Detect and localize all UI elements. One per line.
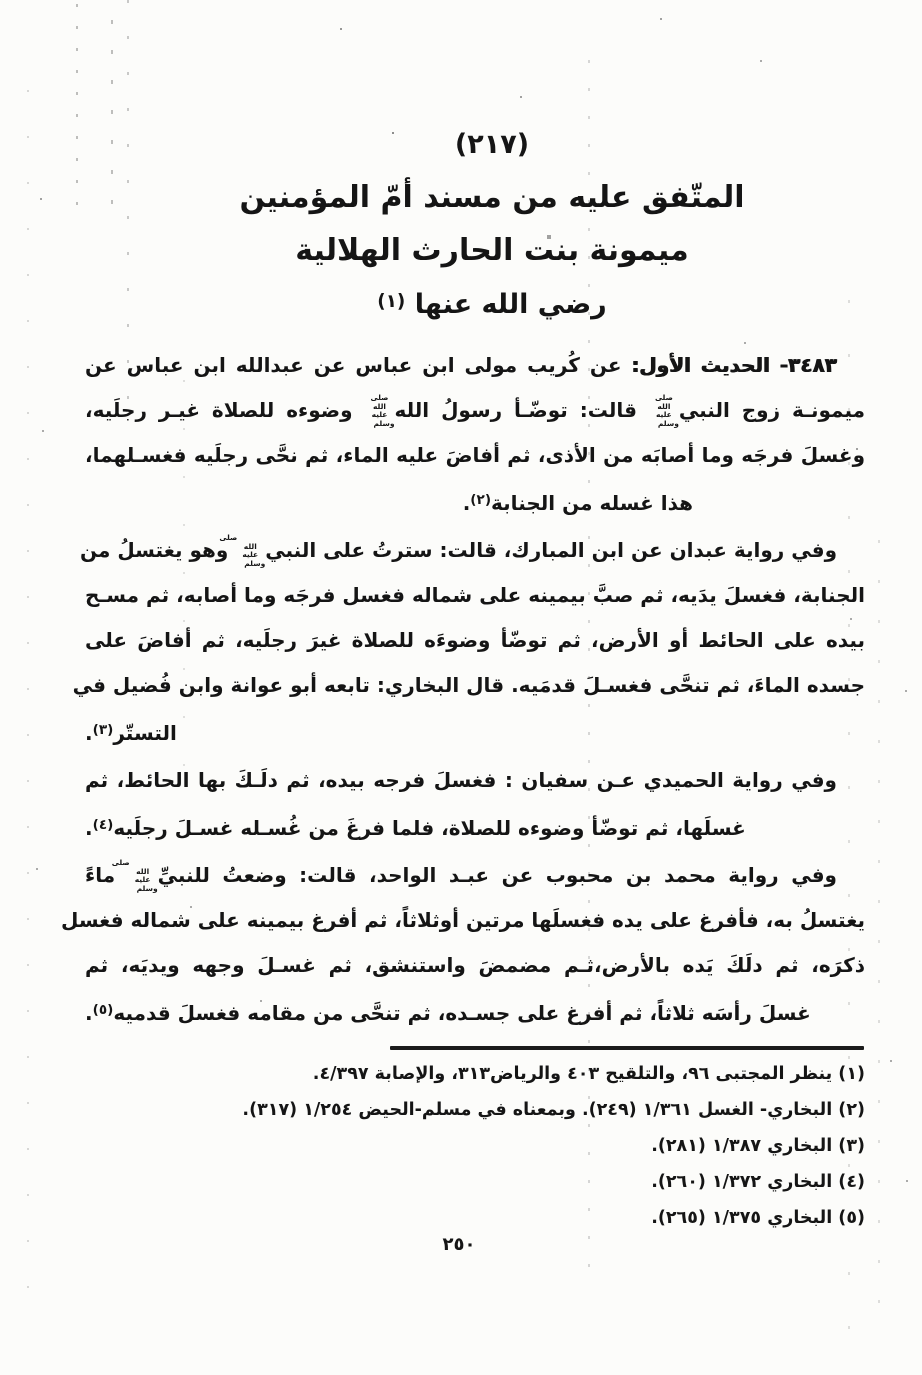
text-line: وغسلَ فرجَه وما أصابَه من الأذى، ثم أفاض… <box>85 433 865 478</box>
scan-noise <box>76 4 78 214</box>
text-line: ميمونـة زوج النبيصلى الله عليه وسلم قالت… <box>85 388 865 433</box>
footnote-line: (٥) البخاري ١/٣٧٥ (٢٦٥). <box>85 1200 865 1236</box>
text-line: وفي رواية محمد بن محبوب عن عبـد الواحد، … <box>85 853 865 898</box>
text-line: التستّر(٣). <box>85 708 865 753</box>
text-line: غسلَها، ثم توضّأ وضوءه للصلاة، فلما فرغَ… <box>85 803 865 848</box>
pbuh-honorific-seal: صلى الله عليه وسلم <box>649 394 679 429</box>
pbuh-honorific-seal: صلى الله عليه وسلم <box>235 534 265 569</box>
text-line: بيده على الحائط أو الأرض، ثم توضّأ وضوءَ… <box>85 618 865 663</box>
footnote-line: (٤) البخاري ١/٣٧٢ (٢٦٠). <box>85 1164 865 1200</box>
footnote-separator <box>390 1046 864 1050</box>
pbuh-honorific-seal: صلى الله عليه وسلم <box>364 394 394 429</box>
footnote-ref-marker: (٢) <box>470 492 491 508</box>
pbuh-honorific-seal: صلى الله عليه وسلم <box>128 859 158 894</box>
hadith-text-block: ٣٤٨٣- الحديث الأول: عن كُريب مولى ابن عب… <box>85 338 865 1033</box>
chapter-title-line1: المتّفق عليه من مسند أمّ المؤمنين <box>119 170 865 225</box>
scan-noise <box>0 0 2 2</box>
book-page: (٢١٧) المتّفق عليه من مسند أمّ المؤمنين … <box>0 0 922 1375</box>
text-line: هذا غسله من الجنابة(٢). <box>85 478 865 523</box>
text-line: وفي رواية الحميدي عـن سفيان : فغسلَ فرجه… <box>85 758 865 803</box>
chapter-title-block: (٢١٧) المتّفق عليه من مسند أمّ المؤمنين … <box>85 120 865 327</box>
honorific-phrase: رضي الله عنها <box>415 289 607 320</box>
footnote-line: (١) ينظر المجتبى ٩٦، والتلقيح ٤٠٣ والريا… <box>85 1056 865 1092</box>
chapter-title-line2: ميمونة بنت الحارث الهلالية <box>119 225 865 277</box>
text-line: الجنابة، فغسلَ يدَيه، ثم صبَّ بيمينه على… <box>85 573 865 618</box>
chapter-number: (٢١٧) <box>119 120 865 170</box>
footnote-line: (٣) البخاري ١/٣٨٧ (٢٨١). <box>85 1128 865 1164</box>
chapter-title-line3: رضي الله عنها (١) <box>119 277 865 327</box>
scan-noise <box>27 90 29 1330</box>
scan-noise <box>878 540 880 1340</box>
footnote-ref-marker: (٤) <box>93 817 114 833</box>
text-line: ذكرَه، ثم دلَكَ يَده بالأرض،ثـم مضمضَ وا… <box>85 943 865 988</box>
footnote-line: (٢) البخاري- الغسل ١/٣٦١ (٢٤٩). وبمعناه … <box>85 1092 865 1128</box>
footnote-ref-marker: (١) <box>377 291 405 312</box>
text-line: غسلَ رأسَه ثلاثاً، ثم أفرغ على جسـده، ثم… <box>85 988 865 1033</box>
footnote-ref-marker: (٣) <box>93 722 114 738</box>
text-line: ٣٤٨٣- الحديث الأول: عن كُريب مولى ابن عب… <box>85 343 865 388</box>
page-number: ٢٥٠ <box>424 1234 494 1255</box>
text-line: يغتسلُ به، فأفرغ على يده فغسلَها مرتين أ… <box>85 898 865 943</box>
footnote-ref-marker: (٥) <box>93 1002 114 1018</box>
text-line: وفي رواية عبدان عن ابن المبارك، قالت: ست… <box>85 528 865 573</box>
text-line: جسده الماءَ، ثم تنحَّى فغسـلَ قدمَيه. قا… <box>85 663 865 708</box>
footnotes-block: (١) ينظر المجتبى ٩٦، والتلقيح ٤٠٣ والريا… <box>85 1056 865 1236</box>
